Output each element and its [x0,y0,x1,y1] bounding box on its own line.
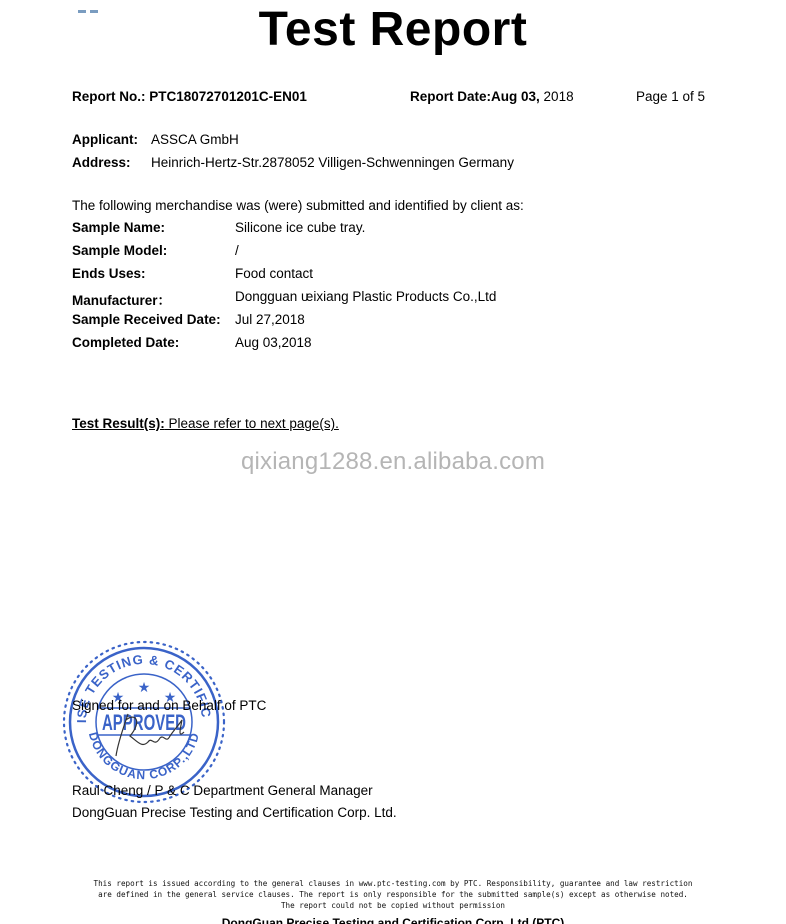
field-value: Jul 27,2018 [235,312,305,327]
test-result-value: Please refer to next page(s). [165,416,339,431]
field-label: Sample Model: [72,243,167,258]
field-value: Aug 03,2018 [235,335,312,350]
field-value: / [235,243,239,258]
footer-company: DongGuan Precise Testing and Certificati… [0,916,786,924]
footer-line-3: The report could not be copied without p… [0,901,786,910]
watermark: qixiang1288.en.alibaba.com [0,448,786,476]
test-result-label: Test Result(s): [72,416,165,431]
intro-text: The following merchandise was (were) sub… [72,198,524,213]
report-date: Report Date:Aug 03, 2018 [410,89,574,104]
signed-for-text: Signed for and on Behalf of PTC [72,698,266,713]
svg-text:★: ★ [138,679,151,695]
test-result: Test Result(s): Please refer to next pag… [72,416,339,431]
page-number: Page 1 of 5 [636,89,705,104]
field-label: Manufacturer： [72,289,171,309]
signer-company: DongGuan Precise Testing and Certificati… [72,805,397,820]
report-date-day: Aug 03, [491,89,540,104]
field-label: Sample Name: [72,220,165,235]
field-value: Silicone ice cube tray. [235,220,365,235]
field-label: Completed Date: [72,335,179,350]
field-value: Food contact [235,266,313,281]
report-date-year: 2018 [544,89,574,104]
field-value: Dongguan ᵫixiang Plastic Products Co.,Lt… [235,289,496,304]
page-title: Test Report [0,2,786,57]
address-label: Address: [72,155,131,170]
address-value: Heinrich-Hertz-Str.2878052 Villigen-Schw… [151,155,514,170]
field-label: Sample Received Date: [72,312,221,327]
field-label: Ends Uses: [72,266,146,281]
report-number: Report No.: PTC18072701201C-EN01 [72,89,307,104]
footer-line-1: This report is issued according to the g… [0,879,786,888]
report-date-label: Report Date: [410,89,491,104]
footer-line-2: are defined in the general service claus… [0,890,786,899]
signer-name: Raul Cheng / P & C Department General Ma… [72,783,373,798]
signature-mark [108,708,198,760]
applicant-label: Applicant: [72,132,138,147]
report-number-value: PTC18072701201C-EN01 [149,89,307,104]
applicant-value: ASSCA GmbH [151,132,239,147]
report-number-label: Report No.: [72,89,146,104]
